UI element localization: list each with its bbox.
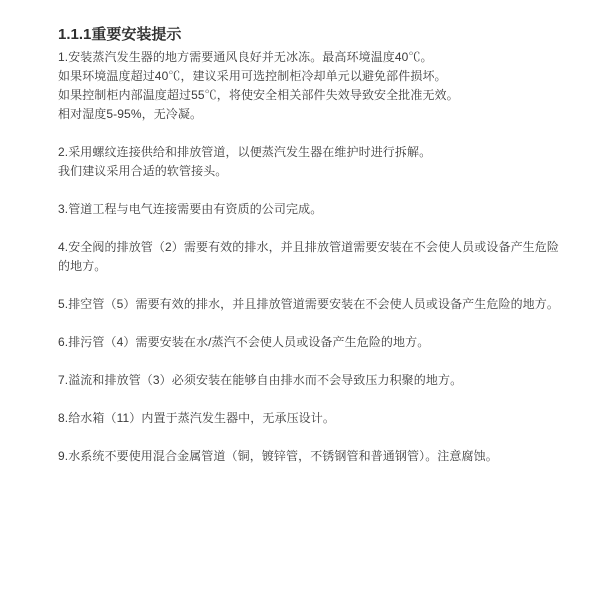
- paragraph-line: 如果控制柜内部温度超过55℃，将使安全相关部件失效导致安全批准无效。: [58, 86, 572, 105]
- paragraph-2: 2.采用螺纹连接供给和排放管道，以便蒸汽发生器在维护时进行拆解。 我们建议采用合…: [58, 143, 572, 181]
- section-heading: 1.1.1重要安装提示: [58, 25, 572, 45]
- paragraph-9: 9.水系统不要使用混合金属管道（铜，镀锌管，不锈钢管和普通钢管）。注意腐蚀。: [58, 447, 572, 466]
- paragraph-line: 1.安装蒸汽发生器的地方需要通风良好并无冰冻。最高环境温度40℃。: [58, 48, 572, 67]
- paragraph-line: 7.溢流和排放管（3）必须安装在能够自由排水而不会导致压力积聚的地方。: [58, 371, 572, 390]
- paragraph-line: 的地方。: [58, 257, 572, 276]
- paragraph-line: 5.排空管（5）需要有效的排水，并且排放管道需要安装在不会使人员或设备产生危险的…: [58, 295, 572, 314]
- paragraph-6: 6.排污管（4）需要安装在水/蒸汽不会使人员或设备产生危险的地方。: [58, 333, 572, 352]
- paragraph-7: 7.溢流和排放管（3）必须安装在能够自由排水而不会导致压力积聚的地方。: [58, 371, 572, 390]
- paragraph-line: 2.采用螺纹连接供给和排放管道，以便蒸汽发生器在维护时进行拆解。: [58, 143, 572, 162]
- paragraph-line: 我们建议采用合适的软管接头。: [58, 162, 572, 181]
- paragraph-3: 3.管道工程与电气连接需要由有资质的公司完成。: [58, 200, 572, 219]
- paragraph-1: 1.安装蒸汽发生器的地方需要通风良好并无冰冻。最高环境温度40℃。 如果环境温度…: [58, 48, 572, 124]
- paragraph-8: 8.给水箱（11）内置于蒸汽发生器中，无承压设计。: [58, 409, 572, 428]
- paragraph-4: 4.安全阀的排放管（2）需要有效的排水，并且排放管道需要安装在不会使人员或设备产…: [58, 238, 572, 276]
- paragraph-line: 4.安全阀的排放管（2）需要有效的排水，并且排放管道需要安装在不会使人员或设备产…: [58, 238, 572, 257]
- paragraph-line: 8.给水箱（11）内置于蒸汽发生器中，无承压设计。: [58, 409, 572, 428]
- paragraph-5: 5.排空管（5）需要有效的排水，并且排放管道需要安装在不会使人员或设备产生危险的…: [58, 295, 572, 314]
- paragraph-line: 如果环境温度超过40℃，建议采用可选控制柜冷却单元以避免部件损坏。: [58, 67, 572, 86]
- paragraph-line: 相对湿度5-95%，无冷凝。: [58, 105, 572, 124]
- paragraph-line: 9.水系统不要使用混合金属管道（铜，镀锌管，不锈钢管和普通钢管）。注意腐蚀。: [58, 447, 572, 466]
- paragraph-line: 6.排污管（4）需要安装在水/蒸汽不会使人员或设备产生危险的地方。: [58, 333, 572, 352]
- document-page: 1.1.1重要安装提示 1.安装蒸汽发生器的地方需要通风良好并无冰冻。最高环境温…: [0, 0, 612, 604]
- paragraph-line: 3.管道工程与电气连接需要由有资质的公司完成。: [58, 200, 572, 219]
